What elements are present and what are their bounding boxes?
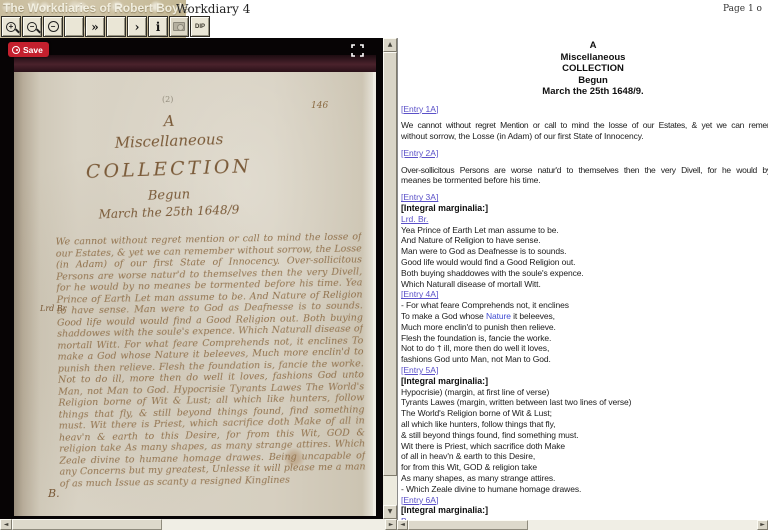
transcription-heading-line: COLLECTION xyxy=(401,63,768,75)
entry-link[interactable]: [Entry 1A] xyxy=(401,104,768,115)
vertical-scrollbar[interactable]: ▲ ▼ xyxy=(383,38,397,519)
scroll-down-button[interactable]: ▼ xyxy=(383,505,397,519)
manuscript-page[interactable]: (2) 146 A Miscellaneous COLLECTION Begun… xyxy=(14,72,376,516)
manuscript-image[interactable]: (2) 146 A Miscellaneous COLLECTION Begun… xyxy=(14,55,376,516)
text-line: & still beyond things found, find someth… xyxy=(401,430,768,441)
text-line: without sorrow, the Losse (in Adam) of o… xyxy=(401,131,768,142)
text-line: Good life would would find a Good Religi… xyxy=(401,257,768,268)
scroll-right-icon: ► xyxy=(760,522,765,528)
marginalia-label: [Integral marginalia:] xyxy=(401,203,768,214)
zoom-in-button[interactable]: + xyxy=(1,16,21,37)
text-line: As many shapes, as many strange attires. xyxy=(401,473,768,484)
fullscreen-button[interactable] xyxy=(350,44,364,58)
entry-link[interactable]: [Entry 5A] xyxy=(401,365,768,376)
double-chevron-button[interactable]: » xyxy=(85,16,105,37)
manuscript-folio-number: 146 xyxy=(311,101,328,111)
text-line: - For what feare Comprehends not, it enc… xyxy=(401,300,768,311)
save-label: Save xyxy=(23,45,43,55)
transcription-horizontal-scrollbar[interactable]: ◄ ► xyxy=(397,520,768,530)
scroll-up-button[interactable]: ▲ xyxy=(383,38,397,52)
scroll-right-button[interactable]: ► xyxy=(385,519,397,530)
marginalia-label: [Integral marginalia:] xyxy=(401,505,768,516)
inline-link[interactable]: Nature xyxy=(486,311,511,321)
viewer-horizontal-scrollbar[interactable]: ◄ ► xyxy=(0,519,397,530)
entry-link[interactable]: [Entry 4A] xyxy=(401,289,768,300)
chevron-button[interactable]: › xyxy=(127,16,147,37)
zoom-reset-icon: − xyxy=(48,21,59,32)
transcription-heading-line: A xyxy=(401,40,768,52)
manuscript-binding-edge xyxy=(14,55,376,72)
zoom-out-button[interactable]: − xyxy=(22,16,42,37)
text-line: - Which Zeale divine to humane homage dr… xyxy=(401,484,768,495)
text-line: of all in heav'n & earth to this Desire, xyxy=(401,451,768,462)
manuscript-margin-note: Lrd Br xyxy=(40,304,67,313)
manuscript-title-line: COLLECTION xyxy=(54,154,285,184)
manuscript-margin-note: B. xyxy=(48,487,60,500)
zoom-out-icon: − xyxy=(27,22,37,32)
scroll-left-button[interactable]: ◄ xyxy=(0,519,12,530)
text-line: Hypocrisie) (margin, at first line of ve… xyxy=(401,387,768,398)
paragraph-line: Over-sollicitous Persons are worse natur… xyxy=(401,165,768,176)
text-line: Which Naturall disease of mortall Witt. xyxy=(401,279,768,290)
text-line: fashions God unto Man, not Man to God. xyxy=(401,354,768,365)
text-line: Both buying shaddowes with the soule's e… xyxy=(401,268,768,279)
save-button[interactable]: Save xyxy=(8,42,49,57)
dip-button[interactable]: DIP xyxy=(190,16,210,37)
text-line: meanes be tormented before his time. xyxy=(401,175,768,186)
text-fragment: To make a God whose xyxy=(401,311,486,321)
text-line: for from this Wit, GOD & religion take xyxy=(401,462,768,473)
camera-icon xyxy=(173,22,185,31)
entry-link[interactable]: [Entry 2A] xyxy=(401,148,768,159)
fullscreen-icon xyxy=(351,44,364,57)
save-icon xyxy=(12,46,20,54)
text-line: The World's Religion borne of Wit & Lust… xyxy=(401,408,768,419)
horizontal-scrollbar-thumb[interactable] xyxy=(12,519,162,530)
transcription-pane: AMiscellaneousCOLLECTIONBegunMarch the 2… xyxy=(397,38,768,520)
horizontal-scrollbar-thumb[interactable] xyxy=(408,520,528,530)
text-link[interactable]: Lrd. Br. xyxy=(401,214,768,225)
manuscript-handwriting: We cannot without regret mention or call… xyxy=(55,231,366,519)
transcription-heading-line: Begun xyxy=(401,75,768,87)
scroll-down-icon: ▼ xyxy=(388,509,393,515)
zoom-reset-button[interactable]: − xyxy=(43,16,63,37)
scroll-right-icon: ► xyxy=(389,522,394,528)
scroll-right-button[interactable]: ► xyxy=(757,520,768,530)
dip-label: DIP xyxy=(195,24,205,30)
scroll-left-icon: ◄ xyxy=(400,522,405,528)
text-line: Tyrants Lawes (margin, written between l… xyxy=(401,397,768,408)
text-line: Flesh the foundation is, fancie the work… xyxy=(401,333,768,344)
entry-link[interactable]: [Entry 6A] xyxy=(401,495,768,506)
document-title: Workdiary 4 xyxy=(176,2,250,16)
text-line: Yea Prince of Earth Let man assume to be… xyxy=(401,225,768,236)
text-fragment: it beleeves, xyxy=(511,311,555,321)
text-line: And Nature of Religion to have sense. xyxy=(401,235,768,246)
entry-link[interactable]: [Entry 3A] xyxy=(401,192,768,203)
double-chevron-icon: » xyxy=(91,21,99,33)
chevron-icon: › xyxy=(135,21,140,33)
scroll-up-icon: ▲ xyxy=(388,42,393,48)
text-line: Wit there is Priest, which sacrifice dot… xyxy=(401,441,768,452)
transcription-heading-line: Miscellaneous xyxy=(401,52,768,64)
vertical-scrollbar-thumb[interactable] xyxy=(383,52,397,476)
transcription-body: AMiscellaneousCOLLECTIONBegunMarch the 2… xyxy=(401,40,768,520)
marginalia-label: [Integral marginalia:] xyxy=(401,376,768,387)
camera-button[interactable] xyxy=(169,16,189,37)
toolbar-blank-button-2[interactable] xyxy=(106,16,126,37)
text-line: Not to do † ill, more then do well it lo… xyxy=(401,343,768,354)
info-icon: i xyxy=(156,21,161,33)
transcription-heading-line: March the 25th 1648/9. xyxy=(401,86,768,98)
text-line: all which like hunters, follow things th… xyxy=(401,419,768,430)
manuscript-pencil-number: (2) xyxy=(162,95,173,104)
scroll-left-button[interactable]: ◄ xyxy=(397,520,408,530)
site-title: The Workdiaries of Robert Boyle xyxy=(3,1,189,15)
page-indicator: Page 1 o xyxy=(723,4,762,14)
info-button[interactable]: i xyxy=(148,16,168,37)
zoom-in-icon: + xyxy=(6,22,16,32)
scroll-left-icon: ◄ xyxy=(4,522,9,528)
paragraph-line: We cannot without regret Mention or call… xyxy=(401,120,768,131)
toolbar: + − − » › i DIP xyxy=(1,16,210,38)
text-line: Much more enclin'd to punish then reliev… xyxy=(401,322,768,333)
toolbar-blank-button-1[interactable] xyxy=(64,16,84,37)
text-line: Man were to God as Deafnesse is to sound… xyxy=(401,246,768,257)
text-line: To make a God whose Nature it beleeves, xyxy=(401,311,768,322)
image-viewer-pane: Save (2) 146 A Miscellaneous COLLECTION … xyxy=(0,38,383,519)
